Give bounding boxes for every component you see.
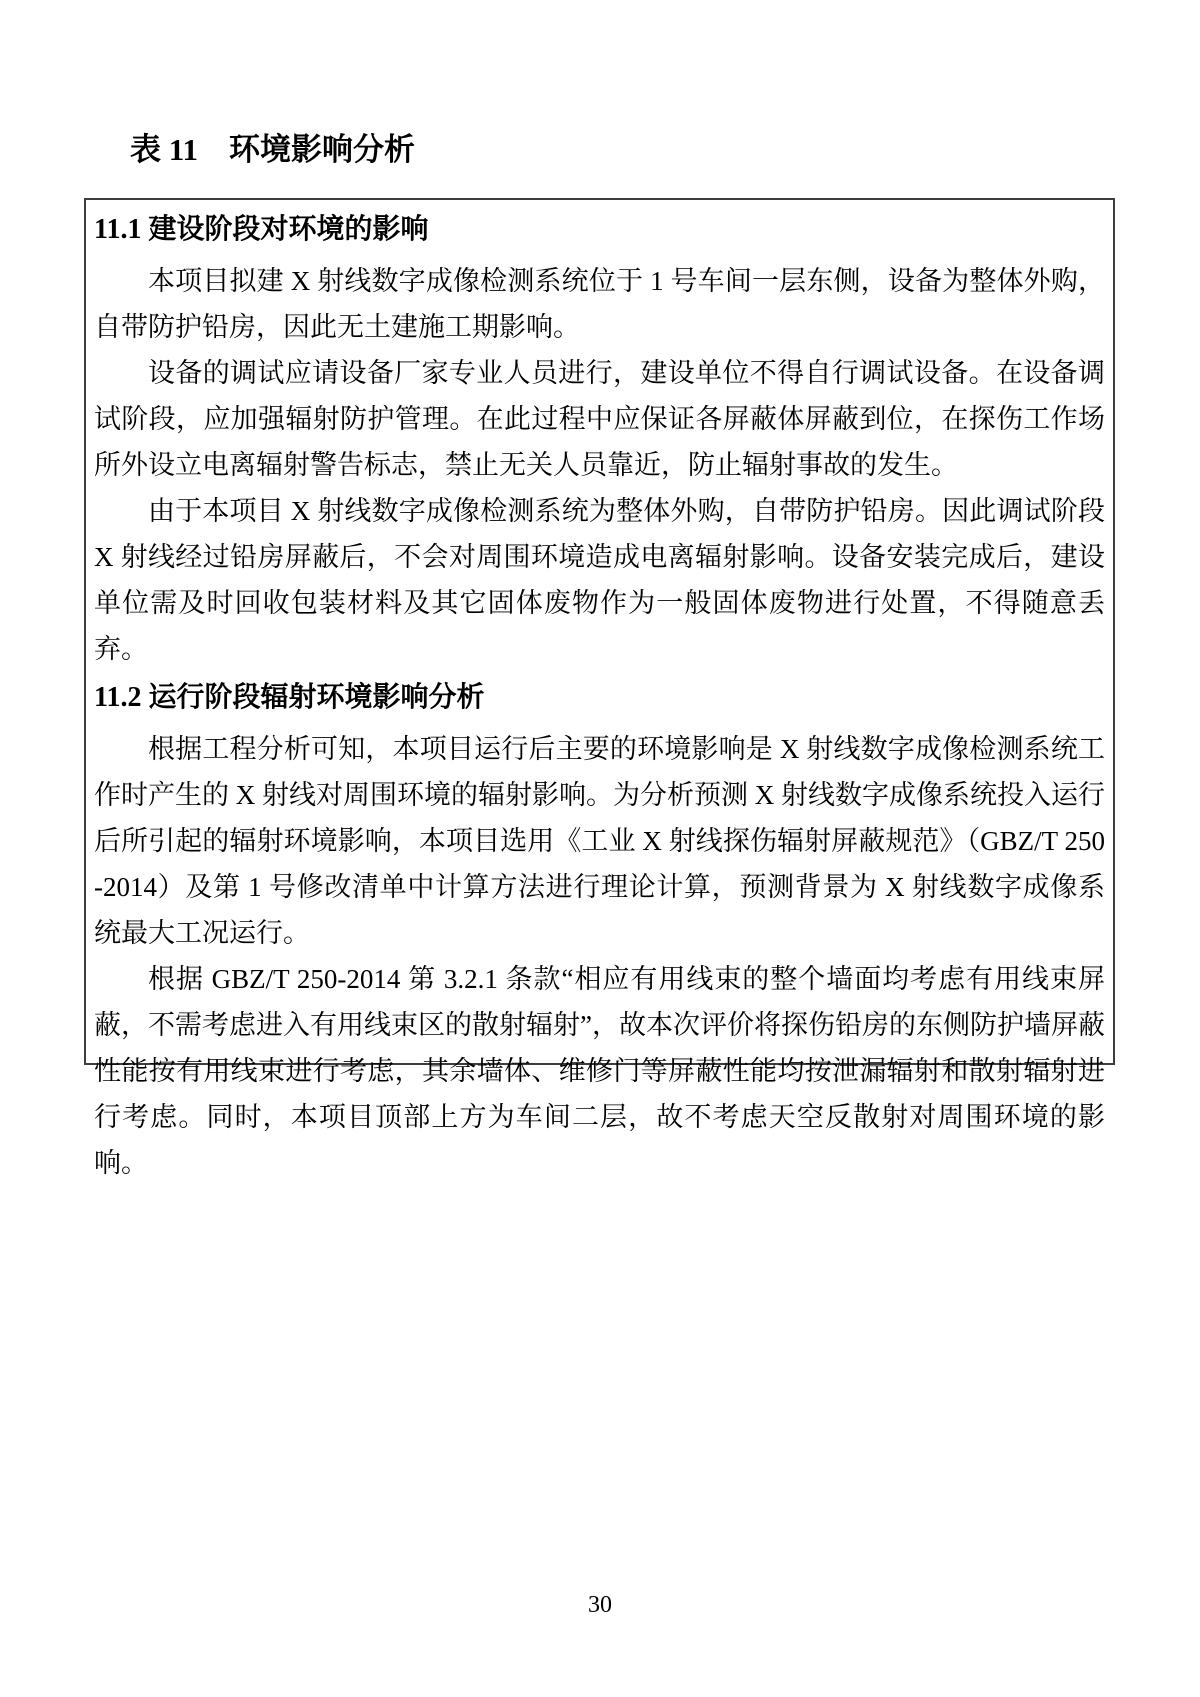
section-heading-11-2: 11.2 运行阶段辐射环境影响分析 xyxy=(94,674,1105,722)
paragraph-construction-phase-2: 设备的调试应请设备厂家专业人员进行，建设单位不得自行调试设备。在设备调试阶段，应… xyxy=(94,350,1105,488)
paragraph-operation-phase-1: 根据工程分析可知，本项目运行后主要的环境影响是 X 射线数字成像检测系统工作时产… xyxy=(94,726,1105,956)
section-heading-11-1: 11.1 建设阶段对环境的影响 xyxy=(94,206,1105,254)
page-number: 30 xyxy=(0,1590,1200,1620)
paragraph-construction-phase-1: 本项目拟建 X 射线数字成像检测系统位于 1 号车间一层东侧，设备为整体外购，自… xyxy=(94,258,1105,350)
document-page: 表 11 环境影响分析 11.1 建设阶段对环境的影响 本项目拟建 X 射线数字… xyxy=(0,0,1200,1697)
table-title: 表 11 环境影响分析 xyxy=(130,130,415,170)
paragraph-construction-phase-3: 由于本项目 X 射线数字成像检测系统为整体外购，自带防护铅房。因此调试阶段 X … xyxy=(94,488,1105,672)
content-box: 11.1 建设阶段对环境的影响 本项目拟建 X 射线数字成像检测系统位于 1 号… xyxy=(84,198,1115,1065)
paragraph-operation-phase-2: 根据 GBZ/T 250-2014 第 3.2.1 条款“相应有用线束的整个墙面… xyxy=(94,956,1105,1186)
